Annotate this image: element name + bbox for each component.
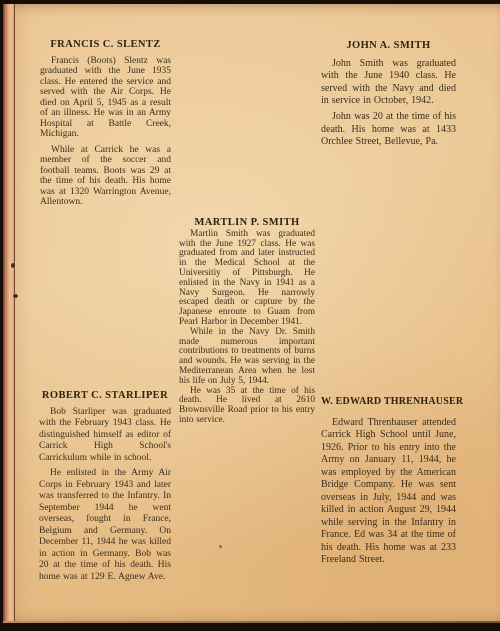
page-binding-edge	[3, 4, 15, 623]
bio-paragraph: He enlisted in the Army Air Corps in Feb…	[39, 468, 171, 583]
bio-paragraph: Francis (Boots) Slentz was graduated wit…	[40, 56, 171, 140]
bio-heading: FRANCIS C. SLENTZ	[40, 40, 171, 51]
scanned-yearbook-page: { "colors": { "paper": "#ebc794", "ink":…	[0, 0, 500, 631]
bio-paragraph: John Smith was graduated with the June 1…	[321, 58, 456, 108]
bio-heading: JOHN A. SMITH	[321, 40, 456, 53]
bio-paragraph: John was 20 at the time of his death. Hi…	[321, 111, 456, 149]
bio-heading: MARTLIN P. SMITH	[179, 218, 315, 228]
bio-paragraph: Bob Starliper was graduated with the Feb…	[39, 407, 171, 465]
bio-paragraph: While at Carrick he was a member of the …	[40, 145, 171, 208]
bio-john-a-smith: JOHN A. SMITH John Smith was graduated w…	[321, 40, 456, 149]
bio-robert-c-starliper: ROBERT C. STARLIPER Bob Starliper was gr…	[39, 390, 171, 583]
bio-francis-slentz: FRANCIS C. SLENTZ Francis (Boots) Slentz…	[40, 40, 171, 208]
bio-paragraph: Edward Threnhauser attended Carrick High…	[321, 417, 456, 567]
bio-paragraph: Martlin Smith was graduated with the Jun…	[179, 230, 315, 328]
bio-paragraph: He was 35 at the time of his death. He l…	[179, 387, 315, 426]
staple-mark	[13, 294, 18, 298]
bio-heading: W. EDWARD THRENHAUSER	[321, 396, 456, 409]
staple-mark	[11, 263, 15, 268]
bio-w-edward-threnhauser: W. EDWARD THRENHAUSER Edward Threnhauser…	[321, 396, 456, 567]
bio-martlin-p-smith: MARTLIN P. SMITH Martlin Smith was gradu…	[179, 218, 315, 426]
ink-speck	[219, 545, 222, 548]
bio-heading: ROBERT C. STARLIPER	[39, 390, 171, 402]
book-page: FRANCIS C. SLENTZ Francis (Boots) Slentz…	[3, 4, 500, 623]
bio-paragraph: While in the Navy Dr. Smith made numerou…	[179, 328, 315, 387]
